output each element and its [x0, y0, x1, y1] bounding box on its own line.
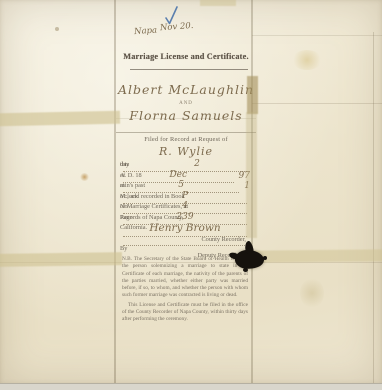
horizontal-crease-top-right	[252, 35, 382, 36]
row-minute-value: 5	[178, 180, 184, 190]
small-speck	[55, 27, 59, 31]
fine-print-notice: N.B. The Secretary of the State Board of…	[122, 256, 248, 326]
right-edge-crease	[373, 32, 374, 384]
row-by-pre: By	[120, 245, 127, 252]
row-day-value: 2	[194, 159, 200, 169]
conjunction-label: AND	[116, 101, 256, 106]
tape-stain-left-lower	[0, 252, 122, 267]
row-month-post: A. D. 18	[120, 172, 142, 179]
groom-name: Albert McLaughlin	[116, 82, 256, 97]
row-day-post: day	[120, 161, 129, 168]
yellow-smudge-upper-right	[292, 50, 322, 70]
row-month-year-value: 97	[239, 171, 250, 181]
scanned-document-paper: Napa Nov 20. Marriage License and Certif…	[0, 0, 382, 384]
yellow-smudge-lower-right	[300, 278, 324, 308]
notice-filing-paragraph: This License and Certificate must be fil…	[122, 302, 248, 324]
filing-note-place: Napa	[134, 25, 158, 37]
document-title: Marriage License and Certificate.	[120, 51, 252, 61]
form-row-by: By	[120, 245, 250, 246]
row-clock-post: M., and recorded in Book	[120, 193, 185, 200]
notice-nb-paragraph: N.B. The Secretary of the State Board of…	[122, 256, 248, 300]
horizontal-crease-right	[252, 103, 382, 104]
requester-name: R. Wylie	[116, 145, 256, 158]
recorder-signature: Henry Brown	[149, 222, 220, 234]
row-minute-post: min's past	[120, 182, 145, 189]
row-book-post: of Marriage Certificates, at	[120, 203, 188, 210]
bride-name: Florna Samuels	[116, 108, 256, 123]
row-month-value: Dec	[169, 170, 187, 180]
printed-form-panel: Napa Nov 20. Marriage License and Certif…	[116, 0, 256, 384]
tape-stain-left-upper	[0, 111, 120, 127]
row-page-post: Records of Napa County,	[120, 214, 184, 221]
tape-stain-right	[248, 249, 382, 262]
brown-stain-spot	[80, 173, 89, 181]
ink-blot-droplet-2	[263, 256, 267, 260]
row-by-blank	[123, 245, 247, 246]
names-divider-rule	[116, 132, 256, 133]
county-recorder-title: County Recorder,	[120, 236, 246, 243]
row-minute-past-value: 1	[244, 181, 250, 191]
title-rule	[130, 69, 248, 70]
filing-note-date: Nov 20.	[160, 21, 194, 33]
handwritten-filing-note: Napa Nov 20.	[134, 23, 194, 35]
scan-bottom-edge	[0, 383, 382, 390]
filed-heading: Filed for Record at Request of	[116, 136, 256, 143]
